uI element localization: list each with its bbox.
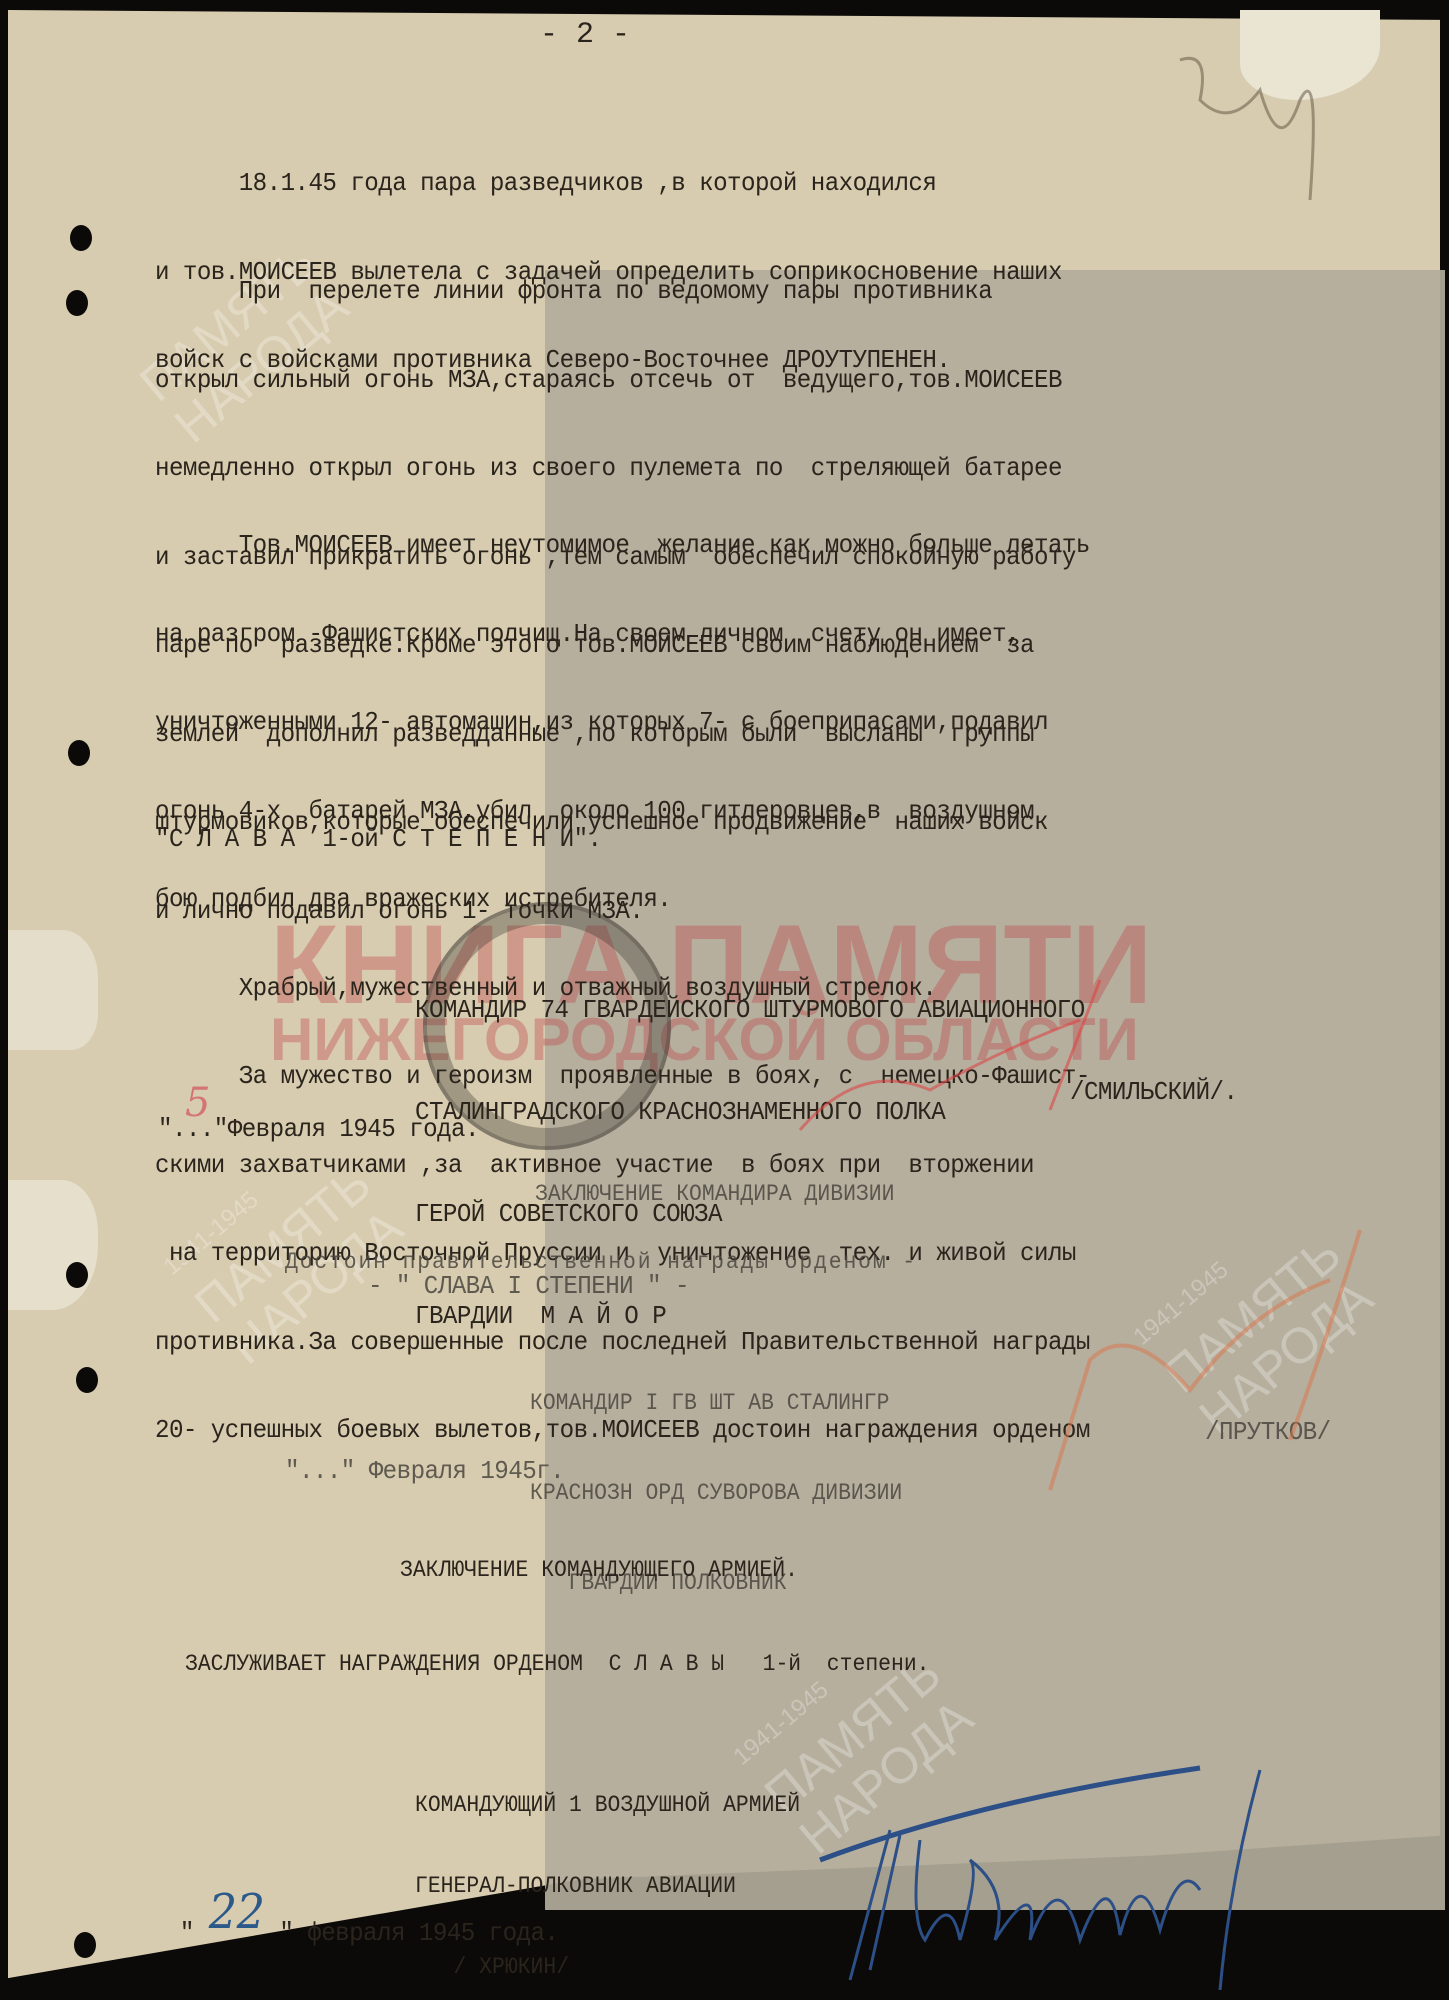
text-line: При перелете линии фронта по ведомому па… [155, 277, 1076, 307]
text-line: / ХРЮКИН/ [415, 1954, 800, 1981]
punch-hole [66, 1262, 88, 1288]
award-line: "С Л А В А 1-ой С Т Е П Е Н И". [155, 825, 601, 855]
handwritten-signature [780, 1740, 1340, 1990]
date-line-3: "22" февраля 1945 года. [152, 1880, 558, 1948]
punch-hole [76, 1367, 98, 1393]
text-line: КРАСНОЗН ОРД СУВОРОВА ДИВИЗИИ [530, 1478, 902, 1508]
division-heading: ЗАКЛЮЧЕНИЕ КОМАНДИРА ДИВИЗИИ [535, 1180, 894, 1210]
date-line-2: "..." Февраля 1945г. [285, 1457, 564, 1487]
pencil-scribble [1150, 40, 1350, 220]
handwritten-day: 22 [194, 1884, 279, 1940]
text-line: на разгром -Фашистских полчищ.На своем л… [155, 620, 1090, 650]
text-line: КОМАНДУЮЩИЙ 1 ВОЗДУШНОЙ АРМИЕЙ [415, 1792, 800, 1819]
date-rest: " февраля 1945 года. [279, 1918, 558, 1948]
text-line: огонь 4-х батарей МЗА,убил около 100 гит… [155, 797, 1090, 827]
punch-hole [66, 290, 88, 316]
text-line: открыл сильный огонь МЗА,стараясь отсечь… [155, 366, 1076, 396]
text-line: 18.1.45 года пара разведчиков ,в которой… [155, 169, 1062, 199]
paper-tear [8, 930, 98, 1050]
army-text: ЗАСЛУЖИВАЕТ НАГРАЖДЕНИЯ ОРДЕНОМ С Л А В … [185, 1650, 929, 1680]
paper-tear [8, 1180, 98, 1310]
page-number: - 2 - [540, 18, 630, 52]
red-pencil-mark [780, 960, 1180, 1160]
division-award: - " СЛАВА I СТЕПЕНИ " - [368, 1272, 689, 1302]
army-heading: ЗАКЛЮЧЕНИЕ КОМАНДУЮЩЕГО АРМИЕЙ. [400, 1556, 798, 1586]
handwritten-day-1: 5 [185, 1080, 210, 1126]
army-block: КОМАНДУЮЩИЙ 1 ВОЗДУШНОЙ АРМИЕЙ ГЕНЕРАЛ-П… [415, 1738, 800, 2000]
text-line: уничтоженными 12- автомашин,из которых 7… [155, 708, 1090, 738]
text-line: КОМАНДИР I ГВ ШТ АВ СТАЛИНГР [530, 1388, 902, 1418]
text-line: Тов.МОИСЕЕВ имеет неутомимое желание как… [155, 531, 1090, 561]
punch-hole [74, 1932, 96, 1958]
punch-hole [68, 740, 90, 766]
punch-hole [70, 225, 92, 251]
red-pencil-mark [1030, 1190, 1410, 1520]
date-quote: " [180, 1918, 194, 1948]
text-line: бою подбил два вражеских истребителя. [155, 885, 1090, 915]
